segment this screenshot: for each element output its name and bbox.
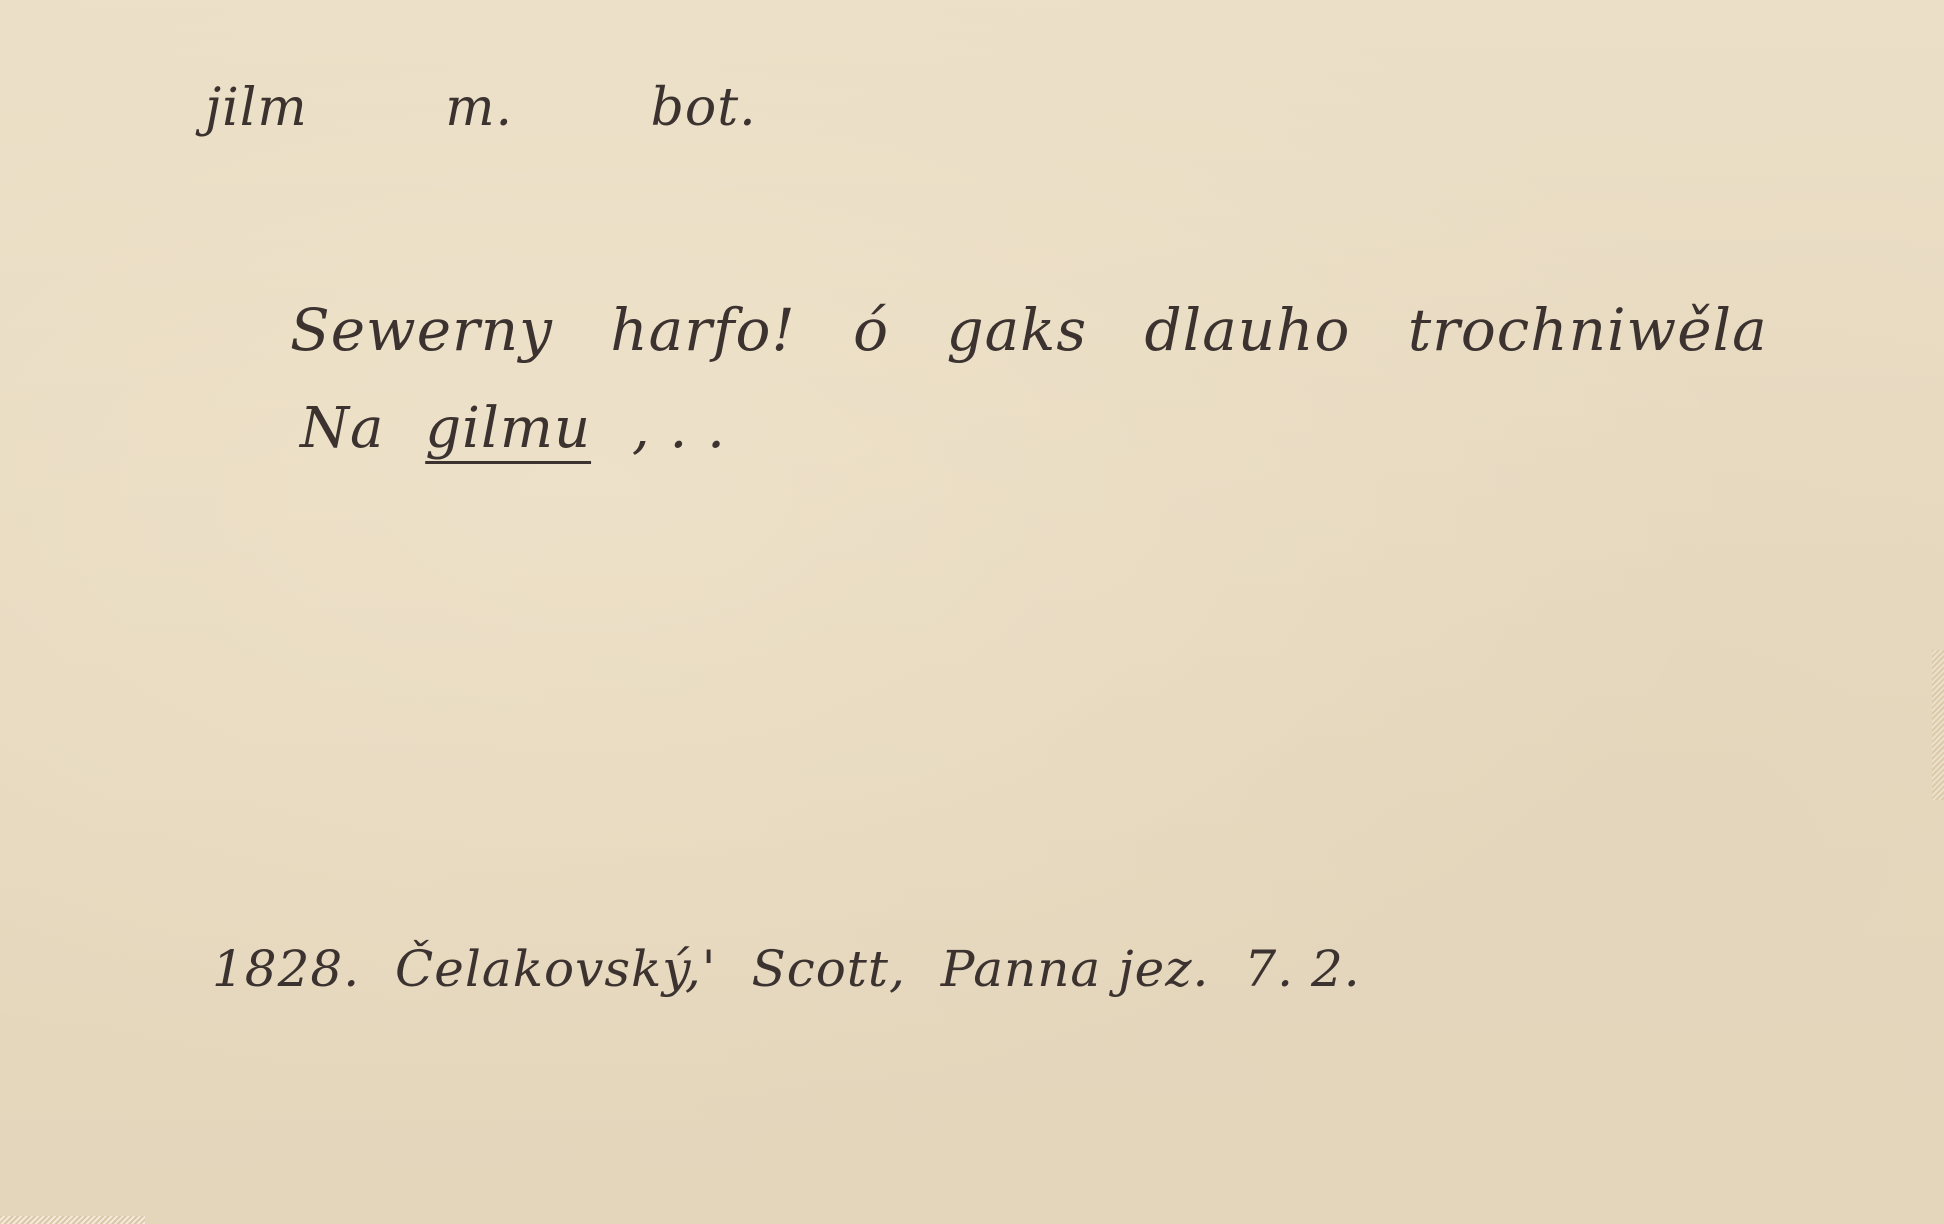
quote-word: ó [853,296,889,364]
source-year: 1828. [212,940,360,998]
source-title: Panna jez. [941,940,1210,998]
category-label: bot. [651,78,757,138]
underlined-headword-form: gilmu [425,396,591,461]
gender-label: m. [445,78,513,138]
source-author: Čelakovský,' [395,940,717,998]
card-edge-bottom [0,1216,145,1224]
index-card: jilm m. bot. Sewerny harfo! ó gaks dlauh… [0,0,1944,1224]
quote-word: gaks [946,296,1087,364]
quote-word: harfo! [610,296,795,364]
quote-word: Sewerny [290,296,553,364]
headword-line: jilm m. bot. [205,78,837,138]
quote-suffix: , . . [632,396,726,461]
quote-prefix: Na [300,396,384,461]
source-citation: 1828. Čelakovský,' Scott, Panna jez. 7. … [212,940,1379,998]
quotation-line-1: Sewerny harfo! ó gaks dlauho trochniwěla [290,296,1806,364]
source-reference: 7. 2. [1244,940,1360,998]
card-edge-right [1932,650,1944,800]
quote-word: dlauho [1145,296,1351,364]
quote-word: trochniwěla [1408,296,1768,364]
source-work: Scott, [751,940,905,998]
headword: jilm [205,78,308,138]
quotation-line-2: Na gilmu , . . [300,396,748,461]
